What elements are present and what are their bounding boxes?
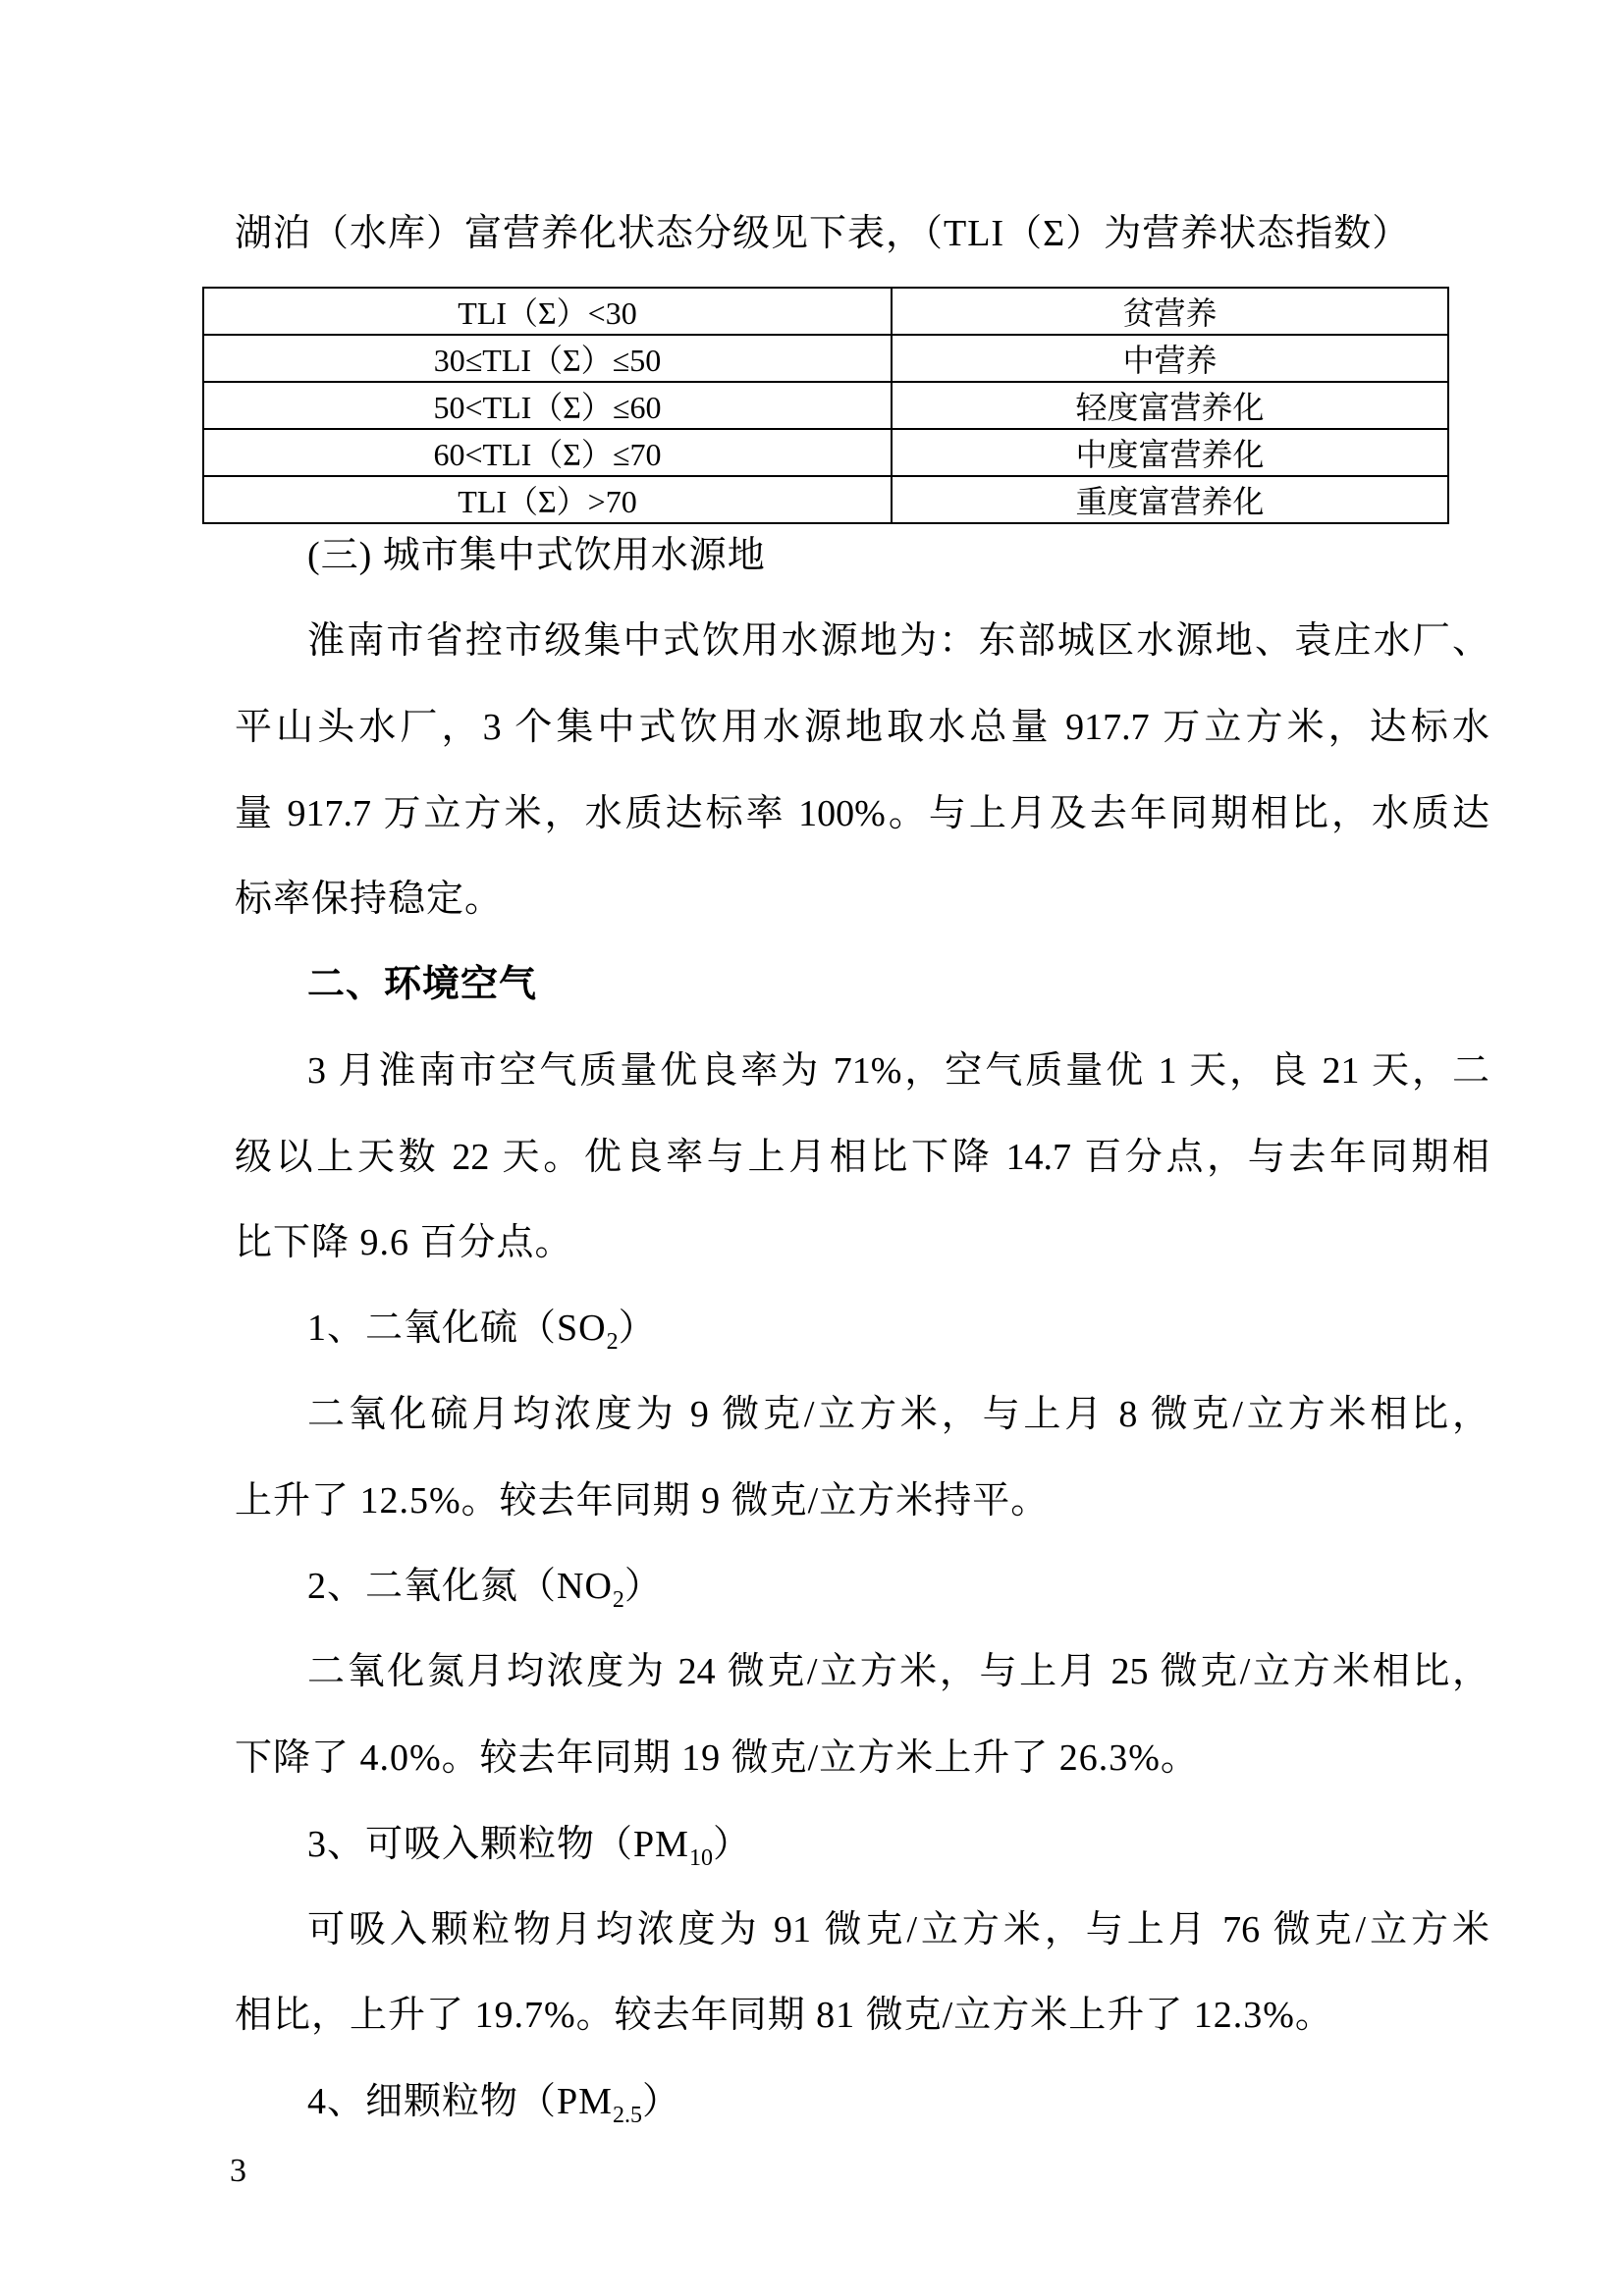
paragraph-line: 比下降 9.6 百分点。 [235, 1220, 573, 1265]
paragraph-line: 可吸入颗粒物月均浓度为 91 微克/立方米，与上月 76 微克/立方米 [307, 1907, 1489, 1952]
paragraph-line: 淮南市省控市级集中式饮用水源地为：东部城区水源地、袁庄水厂、 [307, 618, 1489, 664]
subsection-heading-pm25: 4、细颗粒物（PM2.5） [307, 2079, 680, 2124]
table-row: TLI（Σ）<30 贫营养 [203, 288, 1448, 335]
subsection-heading-no2: 2、二氧化氮（NO2） [307, 1564, 663, 1609]
tli-range-cell: TLI（Σ）>70 [203, 476, 892, 523]
heading-text: ） [713, 1824, 751, 1865]
paragraph-line: 级以上天数 22 天。优良率与上月相比下降 14.7 百分点，与去年同期相 [235, 1135, 1489, 1180]
tli-range-cell: 60<TLI（Σ）≤70 [203, 429, 892, 476]
paragraph-line: 二氧化氮月均浓度为 24 微克/立方米，与上月 25 微克/立方米相比， [307, 1649, 1489, 1694]
heading-text: 1、二氧化硫（SO [307, 1308, 607, 1349]
paragraph-line: 相比，上升了 19.7%。较去年同期 81 微克/立方米上升了 12.3%。 [235, 1993, 1333, 2038]
tli-grading-table: TLI（Σ）<30 贫营养 30≤TLI（Σ）≤50 中营养 50<TLI（Σ）… [202, 287, 1449, 524]
chemical-subscript: 10 [689, 1845, 713, 1871]
paragraph-line: 平山头水厂，3 个集中式饮用水源地取水总量 917.7 万立方米，达标水 [235, 705, 1489, 750]
trophic-level-cell: 轻度富营养化 [892, 382, 1448, 429]
trophic-level-cell: 贫营养 [892, 288, 1448, 335]
table-row: 50<TLI（Σ）≤60 轻度富营养化 [203, 382, 1448, 429]
table-row: 60<TLI（Σ）≤70 中度富营养化 [203, 429, 1448, 476]
table-row: 30≤TLI（Σ）≤50 中营养 [203, 335, 1448, 382]
chemical-subscript: 2 [613, 1587, 624, 1613]
paragraph-line: 下降了 4.0%。较去年同期 19 微克/立方米上升了 26.3%。 [235, 1735, 1199, 1781]
heading-text: 3、可吸入颗粒物（PM [307, 1824, 689, 1865]
heading-text: ） [642, 2081, 680, 2122]
paragraph-line: 标率保持稳定。 [235, 877, 503, 922]
page-number: 3 [230, 2152, 246, 2191]
section-heading-ambient-air: 二、环境空气 [307, 962, 537, 1007]
heading-text: ） [619, 1308, 657, 1349]
subsection-heading-water-source: (三) 城市集中式饮用水源地 [307, 533, 766, 578]
trophic-level-cell: 中营养 [892, 335, 1448, 382]
paragraph-line: 上升了 12.5%。较去年同期 9 微克/立方米持平。 [235, 1478, 1049, 1523]
paragraph-line: 3 月淮南市空气质量优良率为 71%，空气质量优 1 天，良 21 天，二 [307, 1048, 1489, 1094]
tli-range-cell: 50<TLI（Σ）≤60 [203, 382, 892, 429]
heading-text: 2、二氧化氮（NO [307, 1566, 613, 1607]
paragraph-line: 二氧化硫月均浓度为 9 微克/立方米，与上月 8 微克/立方米相比， [307, 1392, 1489, 1437]
tli-range-cell: 30≤TLI（Σ）≤50 [203, 335, 892, 382]
chemical-subscript: 2.5 [613, 2103, 642, 2128]
trophic-level-cell: 中度富营养化 [892, 429, 1448, 476]
intro-line: 湖泊（水库）富营养化状态分级见下表，（TLI（Σ）为营养状态指数） [235, 211, 1410, 256]
subsection-heading-pm10: 3、可吸入颗粒物（PM10） [307, 1822, 751, 1867]
heading-text: 4、细颗粒物（PM [307, 2081, 613, 2122]
tli-range-cell: TLI（Σ）<30 [203, 288, 892, 335]
table-row: TLI（Σ）>70 重度富营养化 [203, 476, 1448, 523]
document-page: 湖泊（水库）富营养化状态分级见下表，（TLI（Σ）为营养状态指数） TLI（Σ）… [0, 0, 1624, 2296]
paragraph-line: 量 917.7 万立方米，水质达标率 100%。与上月及去年同期相比，水质达 [235, 791, 1489, 836]
heading-text: ） [624, 1566, 663, 1607]
chemical-subscript: 2 [607, 1329, 619, 1355]
trophic-level-cell: 重度富营养化 [892, 476, 1448, 523]
subsection-heading-so2: 1、二氧化硫（SO2） [307, 1306, 657, 1351]
